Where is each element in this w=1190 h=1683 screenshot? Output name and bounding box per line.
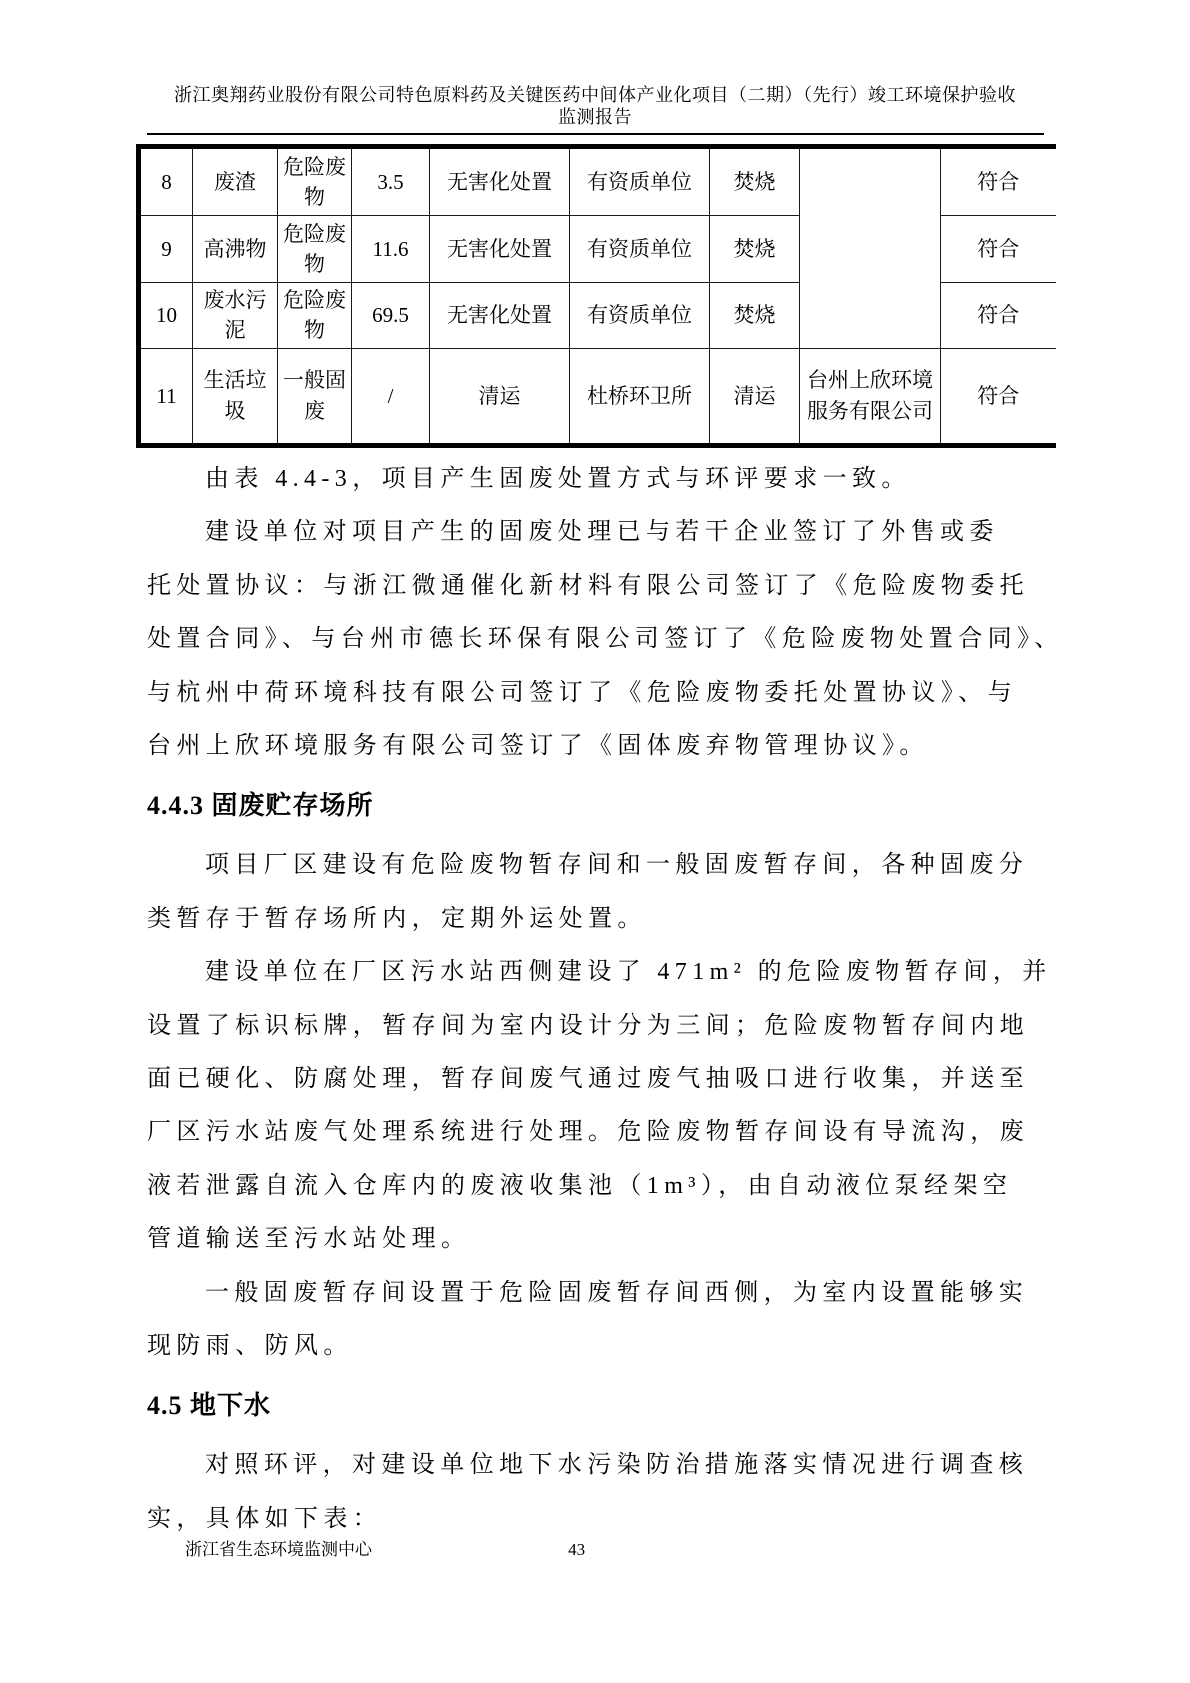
cell-amount: 3.5 <box>352 147 430 216</box>
text-line: 一般固废暂存间设置于危险固废暂存间西侧，为室内设置能够实 <box>147 1267 1043 1320</box>
cell-result: 符合 <box>941 147 1056 216</box>
cell-method: 清运 <box>710 348 800 445</box>
paragraph: 建设单位在厂区污水站西侧建设了 471m² 的危险废物暂存间，并 设置了标识标牌… <box>147 946 1043 1266</box>
page-footer: 浙江省生态环境监测中心 43 <box>147 1538 1043 1562</box>
text-line: 由表 4.4-3，项目产生固废处置方式与环评要求一致。 <box>147 453 1043 506</box>
section-heading-4-4-3: 4.4.3 固废贮存场所 <box>147 785 1043 827</box>
header-title-line1: 浙江奥翔药业股份有限公司特色原料药及关键医药中间体产业化项目（二期）（先行）竣工… <box>145 84 1045 106</box>
cell-method: 焚烧 <box>710 216 800 283</box>
text-line: 设置了标识标牌，暂存间为室内设计分为三间；危险废物暂存间内地 <box>147 1000 1043 1053</box>
cell-result: 符合 <box>941 348 1056 445</box>
cell-unit: 有资质单位 <box>570 283 710 349</box>
cell-category: 危险废物 <box>278 283 352 349</box>
cell-disposal: 清运 <box>430 348 570 445</box>
document-body: 由表 4.4-3，项目产生固废处置方式与环评要求一致。 建设单位对项目产生的固废… <box>147 453 1043 1546</box>
text-line: 建设单位对项目产生的固废处理已与若干企业签订了外售或委 <box>147 506 1043 559</box>
cell-unit: 有资质单位 <box>570 147 710 216</box>
text-line: 面已硬化、防腐处理，暂存间废气通过废气抽吸口进行收集，并送至 <box>147 1053 1043 1106</box>
cell-amount: / <box>352 348 430 445</box>
cell-category: 一般固废 <box>278 348 352 445</box>
cell-no: 9 <box>139 216 193 283</box>
footer-org: 浙江省生态环境监测中心 <box>185 1538 372 1562</box>
cell-company: 台州上欣环境服务有限公司 <box>800 348 941 445</box>
paragraph: 建设单位对项目产生的固废处理已与若干企业签订了外售或委 托处置协议：与浙江微通催… <box>147 506 1043 773</box>
text-line: 管道输送至污水站处理。 <box>147 1213 1043 1266</box>
cell-disposal: 无害化处置 <box>430 216 570 283</box>
text-line: 项目厂区建设有危险废物暂存间和一般固废暂存间，各种固废分 <box>147 839 1043 892</box>
waste-disposal-table-wrap: 8 废渣 危险废物 3.5 无害化处置 有资质单位 焚烧 符合 9 高沸物 危险… <box>136 144 1190 448</box>
paragraph: 项目厂区建设有危险废物暂存间和一般固废暂存间，各种固废分 类暂存于暂存场所内，定… <box>147 839 1043 946</box>
text-line: 与杭州中荷环境科技有限公司签订了《危险废物委托处置协议》、与 <box>147 667 1043 720</box>
cell-no: 8 <box>139 147 193 216</box>
cell-amount: 11.6 <box>352 216 430 283</box>
cell-waste-name: 生活垃圾 <box>193 348 278 445</box>
cell-waste-name: 废水污泥 <box>193 283 278 349</box>
text-line: 厂区污水站废气处理系统进行处理。危险废物暂存间设有导流沟，废 <box>147 1106 1043 1159</box>
cell-amount: 69.5 <box>352 283 430 349</box>
cell-disposal: 无害化处置 <box>430 147 570 216</box>
waste-disposal-table: 8 废渣 危险废物 3.5 无害化处置 有资质单位 焚烧 符合 9 高沸物 危险… <box>136 144 1056 448</box>
text-line: 处置合同》、与台州市德长环保有限公司签订了《危险废物处置合同》、 <box>147 613 1043 666</box>
text-line: 现防雨、防风。 <box>147 1320 1043 1373</box>
cell-category: 危险废物 <box>278 147 352 216</box>
cell-unit: 有资质单位 <box>570 216 710 283</box>
cell-no: 11 <box>139 348 193 445</box>
table-row: 8 废渣 危险废物 3.5 无害化处置 有资质单位 焚烧 符合 <box>139 147 1056 216</box>
merged-empty-cell <box>800 147 941 349</box>
cell-method: 焚烧 <box>710 283 800 349</box>
cell-result: 符合 <box>941 216 1056 283</box>
cell-disposal: 无害化处置 <box>430 283 570 349</box>
text-line: 类暂存于暂存场所内，定期外运处置。 <box>147 893 1043 946</box>
cell-waste-name: 高沸物 <box>193 216 278 283</box>
text-line: 台州上欣环境服务有限公司签订了《固体废弃物管理协议》。 <box>147 720 1043 773</box>
cell-result: 符合 <box>941 283 1056 349</box>
cell-method: 焚烧 <box>710 147 800 216</box>
header-title-line2: 监测报告 <box>145 106 1045 128</box>
text-line: 建设单位在厂区污水站西侧建设了 471m² 的危险废物暂存间，并 <box>147 946 1043 999</box>
cell-unit: 杜桥环卫所 <box>570 348 710 445</box>
section-heading-4-5: 4.5 地下水 <box>147 1385 1043 1427</box>
paragraph: 一般固废暂存间设置于危险固废暂存间西侧，为室内设置能够实 现防雨、防风。 <box>147 1267 1043 1374</box>
header-divider <box>147 133 1044 135</box>
page-number: 43 <box>568 1538 585 1562</box>
table-row: 11 生活垃圾 一般固废 / 清运 杜桥环卫所 清运 台州上欣环境服务有限公司 … <box>139 348 1056 445</box>
text-line: 托处置协议：与浙江微通催化新材料有限公司签订了《危险废物委托 <box>147 560 1043 613</box>
paragraph: 对照环评，对建设单位地下水污染防治措施落实情况进行调查核 实，具体如下表： <box>147 1439 1043 1546</box>
cell-waste-name: 废渣 <box>193 147 278 216</box>
cell-no: 10 <box>139 283 193 349</box>
cell-category: 危险废物 <box>278 216 352 283</box>
text-line: 液若泄露自流入仓库内的废液收集池（1m³），由自动液位泵经架空 <box>147 1160 1043 1213</box>
text-line: 对照环评，对建设单位地下水污染防治措施落实情况进行调查核 <box>147 1439 1043 1492</box>
page-header: 浙江奥翔药业股份有限公司特色原料药及关键医药中间体产业化项目（二期）（先行）竣工… <box>145 84 1045 128</box>
paragraph: 由表 4.4-3，项目产生固废处置方式与环评要求一致。 <box>147 453 1043 506</box>
document-page: 浙江奥翔药业股份有限公司特色原料药及关键医药中间体产业化项目（二期）（先行）竣工… <box>0 0 1190 1683</box>
